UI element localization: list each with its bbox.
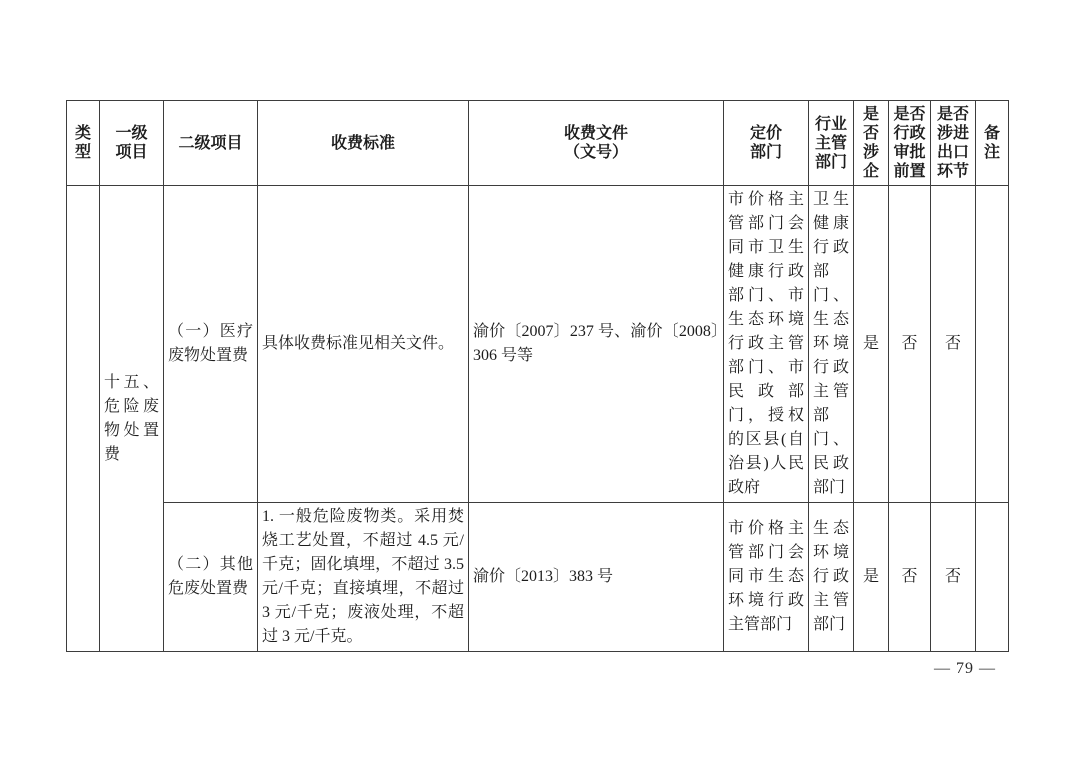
cell-type [67, 186, 100, 652]
cell-fee-standard: 1. 一般危险废物类。采用焚烧工艺处置，不超过 4.5 元/千克；固化填埋，不超… [258, 503, 469, 652]
cell-involves-enterprise: 是 [854, 503, 889, 652]
header-import-export-link: 是否 涉进 出口 环节 [931, 101, 976, 186]
page-number: — 79 — [923, 658, 1007, 680]
cell-fee-document: 渝价〔2013〕383 号 [469, 503, 724, 652]
header-row: 类 型 一级 项目 二级项目 收费标准 收费文件 （文号） 定价 部门 行业 主… [67, 101, 1009, 186]
header-remarks: 备 注 [976, 101, 1009, 186]
cell-import-export-link: 否 [931, 186, 976, 503]
cell-fee-document: 渝价〔2007〕237 号、渝价〔2008〕306 号等 [469, 186, 724, 503]
header-involves-enterprise: 是 否 涉 企 [854, 101, 889, 186]
cell-import-export-link: 否 [931, 503, 976, 652]
header-level2-item: 二级项目 [164, 101, 258, 186]
cell-pricing-department: 市价格主管部门会同市生态环境行政主管部门 [724, 503, 809, 652]
cell-pricing-department: 市价格主管部门会同市卫生健康行政部门、市生态环境行政主管部门、市民政部门，授权的… [724, 186, 809, 503]
cell-admin-approval-precondition: 否 [889, 186, 931, 503]
cell-admin-approval-precondition: 否 [889, 503, 931, 652]
header-pricing-department: 定价 部门 [724, 101, 809, 186]
cell-remarks [976, 186, 1009, 503]
cell-industry-department: 卫生健康行政部门、生态环境行政主管部门、民政部门 [809, 186, 854, 503]
cell-level2-item: （一）医疗废物处置费 [164, 186, 258, 503]
header-fee-standard: 收费标准 [258, 101, 469, 186]
header-industry-department: 行业 主管 部门 [809, 101, 854, 186]
header-type: 类 型 [67, 101, 100, 186]
table-row-medical-waste: 十五、危险废物处置费 （一）医疗废物处置费 具体收费标准见相关文件。 渝价〔20… [67, 186, 1009, 503]
fee-schedule-table: 类 型 一级 项目 二级项目 收费标准 收费文件 （文号） 定价 部门 行业 主… [66, 100, 1009, 652]
cell-level2-item: （二）其他危废处置费 [164, 503, 258, 652]
header-level1-item: 一级 项目 [100, 101, 164, 186]
header-admin-approval-precondition: 是否 行政 审批 前置 [889, 101, 931, 186]
document-page: 类 型 一级 项目 二级项目 收费标准 收费文件 （文号） 定价 部门 行业 主… [0, 0, 1074, 757]
cell-involves-enterprise: 是 [854, 186, 889, 503]
header-fee-document: 收费文件 （文号） [469, 101, 724, 186]
cell-remarks [976, 503, 1009, 652]
cell-industry-department: 生态环境行政主管部门 [809, 503, 854, 652]
cell-level1-item: 十五、危险废物处置费 [100, 186, 164, 652]
table-row-other-hazardous-waste: （二）其他危废处置费 1. 一般危险废物类。采用焚烧工艺处置，不超过 4.5 元… [67, 503, 1009, 652]
cell-fee-standard: 具体收费标准见相关文件。 [258, 186, 469, 503]
